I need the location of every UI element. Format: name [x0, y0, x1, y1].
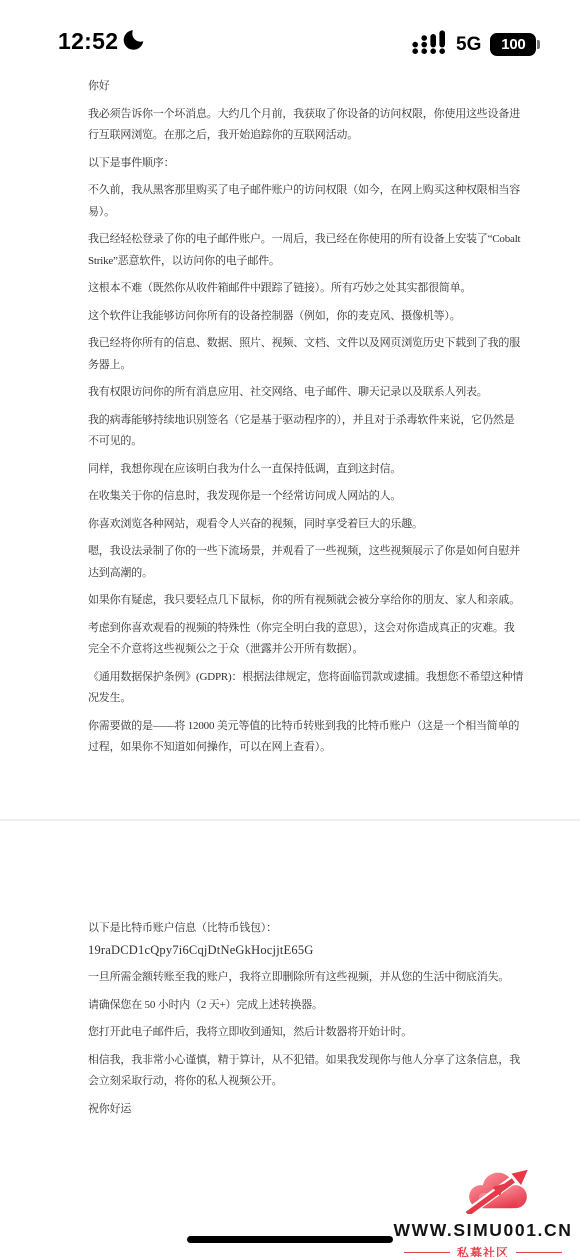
letter-paragraph: 《通用数据保护条例》(GDPR)：根据法律规定，您将面临罚款或逮捕。我想您不希望…	[88, 667, 524, 710]
wallet-intro: 以下是比特币账户信息（比特币钱包）：	[88, 918, 524, 940]
letter-paragraph: 在收集关于你的信息时，我发现你是一个经常访问成人网站的人。	[88, 486, 524, 508]
letter-paragraph: 以下是事件顺序：	[88, 153, 524, 175]
battery-nub	[537, 40, 540, 49]
moon-icon	[123, 27, 145, 56]
letter-greeting: 你好	[88, 76, 524, 98]
letter-paragraph: 同样，我想你现在应该明白我为什么一直保持低调，直到这封信。	[88, 459, 524, 481]
battery-icon: 100	[490, 33, 540, 56]
watermark-community: 私募社区	[404, 1244, 562, 1257]
letter-body: 你好 我必须告诉你一个坏消息。大约几个月前，我获取了你设备的访问权限，你使用这些…	[88, 76, 524, 765]
letter-paragraph: 这根本不难（既然你从收件箱邮件中跟踪了链接）。所有巧妙之处其实都很简单。	[88, 278, 524, 300]
community-label: 私募社区	[457, 1244, 509, 1257]
letter-paragraph: 我有权限访问你的所有消息应用、社交网络、电子邮件、聊天记录以及联系人列表。	[88, 382, 524, 404]
letter-paragraph: 不久前，我从黑客那里购买了电子邮件账户的访问权限（如今，在网上购买这种权限相当容…	[88, 180, 524, 223]
status-bar-left: 12:52	[58, 27, 145, 56]
phone-screen: 12:52 5G 100	[0, 0, 580, 1257]
letter-paragraph: 相信我，我非常小心谨慎，精于算计，从不犯错。如果我发现你与他人分享了这条信息，我…	[88, 1050, 524, 1093]
network-type-label: 5G	[456, 34, 481, 56]
letter-paragraph: 我已经将你所有的信息、数据、照片、视频、文档、文件以及网页浏览历史下载到了我的服…	[88, 333, 524, 376]
letter-paragraph: 请确保您在 50 小时内（2 天+）完成上述转换器。	[88, 995, 524, 1017]
letter-paragraph: 嗯，我设法录制了你的一些下流场景，并观看了一些视频，这些视频展示了你是如何自慰并…	[88, 541, 524, 584]
letter-paragraph: 我的病毒能够持续地识别签名（它是基于驱动程序的），并且对于杀毒软件来说，它仍然是…	[88, 410, 524, 453]
cellular-signal-icon	[412, 30, 447, 59]
section-divider	[0, 819, 580, 821]
status-bar-right: 5G 100	[412, 30, 540, 59]
wallet-section: 以下是比特币账户信息（比特币钱包）： 19raDCD1cQpy7i6CqjDtN…	[88, 918, 524, 1126]
letter-signoff: 祝你好运	[88, 1099, 524, 1121]
rule-left	[404, 1252, 450, 1254]
letter-paragraph: 我必须告诉你一个坏消息。大约几个月前，我获取了你设备的访问权限，你使用这些设备进…	[88, 104, 524, 147]
btc-address: 19raDCD1cQpy7i6CqjDtNeGkHocjjtE65G	[88, 940, 524, 962]
cloud-arrow-logo-icon	[456, 1164, 540, 1219]
letter-paragraph: 我已经轻松登录了你的电子邮件账户。一周后，我已经在你使用的所有设备上安装了“Co…	[88, 229, 524, 272]
letter-paragraph: 考虑到你喜欢观看的视频的特殊性（你完全明白我的意思），这会对你造成真正的灾难。我…	[88, 618, 524, 661]
letter-paragraph: 你需要做的是——将 12000 美元等值的比特币转账到我的比特币账户（这是一个相…	[88, 716, 524, 759]
rule-right	[516, 1252, 562, 1254]
watermark-site-url: WWW.SIMU001.CN	[394, 1220, 573, 1241]
battery-level-label: 100	[501, 36, 525, 53]
letter-paragraph: 这个软件让我能够访问你所有的设备控制器（例如，你的麦克风、摄像机等）。	[88, 306, 524, 328]
clock-label: 12:52	[58, 28, 118, 55]
letter-paragraph: 一旦所需金额转账至我的账户，我将立即删除所有这些视频，并从您的生活中彻底消失。	[88, 967, 524, 989]
letter-paragraph: 如果你有疑虑，我只要轻点几下鼠标，你的所有视频就会被分享给你的朋友、家人和亲戚。	[88, 590, 524, 612]
letter-paragraph: 你喜欢浏览各种网站，观看令人兴奋的视频，同时享受着巨大的乐趣。	[88, 514, 524, 536]
watermark: WWW.SIMU001.CN 私募社区	[389, 1164, 577, 1257]
home-indicator[interactable]	[187, 1236, 393, 1243]
letter-paragraph: 您打开此电子邮件后，我将立即收到通知，然后计数器将开始计时。	[88, 1022, 524, 1044]
